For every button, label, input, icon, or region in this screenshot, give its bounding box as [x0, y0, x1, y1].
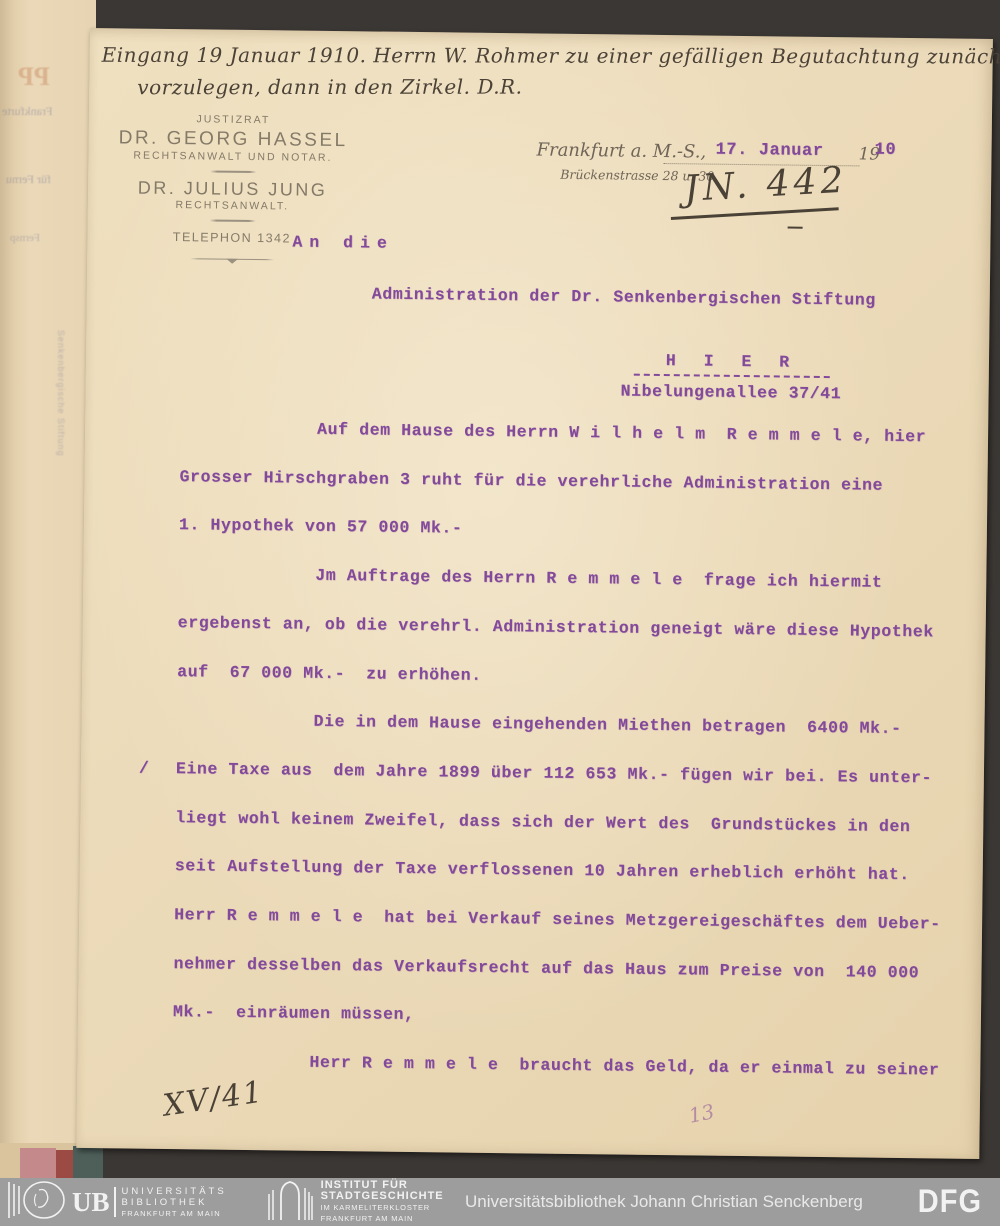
body-line: Herr R e m m e l e braucht das Geld, da …	[309, 1053, 939, 1080]
institut-line4: FRANKFURT AM MAIN	[321, 1213, 444, 1224]
handwritten-annotation-line2: vorzulegen, dann in den Zirkel. D.R.	[137, 75, 522, 100]
paper-edge-red	[56, 1150, 73, 1178]
dateline-typed-year: 10	[874, 141, 896, 160]
institut-wordmark: INSTITUT FÜR STADTGESCHICHTE IM KARMELIT…	[321, 1180, 444, 1224]
ub-emblem-icon	[6, 1180, 70, 1225]
body-line: nehmer desselben das Verkaufsrecht auf d…	[173, 954, 919, 982]
body-line: Auf dem Hause des Herrn W i l h e l m R …	[317, 420, 926, 446]
letterhead-divider	[209, 219, 255, 222]
library-footer-bar: UB UNIVERSITÄTS BIBLIOTHEK FRANKFURT AM …	[0, 1178, 1000, 1226]
showthrough-text: Frankfurte	[2, 104, 53, 119]
recipient-street: Nibelungenallee 37/41	[620, 382, 841, 404]
body-lines: Auf dem Hause des Herrn W i l h e l m R …	[90, 28, 993, 39]
ub-wordmark: UNIVERSITÄTS BIBLIOTHEK FRANKFURT AM MAI…	[122, 1186, 227, 1219]
body-line: 1. Hypothek von 57 000 Mk.-	[179, 516, 463, 538]
letterhead-name-hassel: DR. GEORG HASSEL	[111, 127, 356, 152]
ub-logo: UB UNIVERSITÄTS BIBLIOTHEK FRANKFURT AM …	[6, 1180, 227, 1225]
dateline-place: Frankfurt a. M.-S.,	[536, 139, 706, 162]
body-line: Jm Auftrage des Herrn R e m m e l e frag…	[315, 566, 882, 592]
body-line: Mk.- einräumen müssen,	[173, 1002, 415, 1024]
scanned-document-viewport: { "scan": { "annotation_top": { "line1":…	[0, 0, 1000, 1226]
body-line: Die in dem Hause eingehenden Miethen bet…	[313, 712, 901, 738]
ub-line3: FRANKFURT AM MAIN	[122, 1208, 227, 1219]
body-line: Eine Taxe aus dem Jahre 1899 über 112 65…	[176, 759, 932, 787]
journal-number-dash	[788, 227, 803, 229]
pencil-page-number: 13	[687, 1099, 717, 1128]
margin-mark: /	[139, 759, 150, 778]
body-line: Herr R e m m e l e hat bei Verkauf seine…	[174, 905, 941, 933]
body-line: auf 67 000 Mk.- zu erhöhen.	[177, 662, 482, 685]
institut-logo: INSTITUT FÜR STADTGESCHICHTE IM KARMELIT…	[267, 1180, 444, 1225]
institut-line2: STADTGESCHICHTE	[321, 1191, 444, 1202]
dateline-typed-date: 17. Januar	[715, 141, 823, 161]
paper-edge-pink	[20, 1148, 56, 1178]
handwritten-annotation-line1: Eingang 19 Januar 1910. Herrn W. Rohmer …	[102, 43, 992, 69]
ub-abbrev: UB	[72, 1187, 110, 1218]
showthrough-vertical-text: Senkenbergische Stiftung	[52, 330, 66, 540]
letterhead-title-hassel: RECHTSANWALT UND NOTAR.	[110, 149, 355, 165]
ub-logo-separator	[114, 1187, 116, 1217]
recipient-line1: Administration der Dr. Senkenbergischen …	[372, 284, 876, 309]
library-name: Universitätsbibliothek Johann Christian …	[465, 1192, 863, 1212]
handwritten-journal-number: JN. 442	[683, 160, 848, 210]
letterhead-name-jung: DR. JULIUS JUNG	[110, 177, 355, 201]
recipient-salutation: An die	[292, 232, 394, 252]
karmeliterkloster-arch-icon	[267, 1180, 313, 1225]
ub-line2: BIBLIOTHEK	[122, 1197, 227, 1208]
body-line: seit Aufstellung der Taxe verflossenen 1…	[175, 856, 910, 884]
recipient-hier: H I E R	[634, 351, 830, 378]
body-line: liegt wohl keinem Zweifel, dass sich der…	[175, 808, 910, 836]
paper-edge-teal	[73, 1146, 103, 1178]
institut-line3: IM KARMELITERKLOSTER	[321, 1202, 444, 1213]
letterhead-justizrat: JUSTIZRAT	[111, 112, 356, 128]
showthrough-text: Fernsp	[10, 232, 40, 244]
ub-line1: UNIVERSITÄTS	[122, 1186, 227, 1197]
letter-page: Eingang 19 Januar 1910. Herrn W. Rohmer …	[76, 28, 993, 1159]
dfg-logo: DFG	[918, 1184, 982, 1221]
showthrough-text: PP	[18, 62, 50, 92]
letterhead-divider	[210, 170, 256, 173]
body-line: ergebenst an, ob die verehrl. Administra…	[178, 613, 934, 641]
body-line: Grosser Hirschgraben 3 ruht für die vere…	[179, 467, 883, 495]
showthrough-text: für Fernu	[6, 172, 51, 187]
file-number-handwritten: XV/41	[161, 1074, 266, 1123]
letterhead-flourish-ornament	[190, 256, 274, 265]
